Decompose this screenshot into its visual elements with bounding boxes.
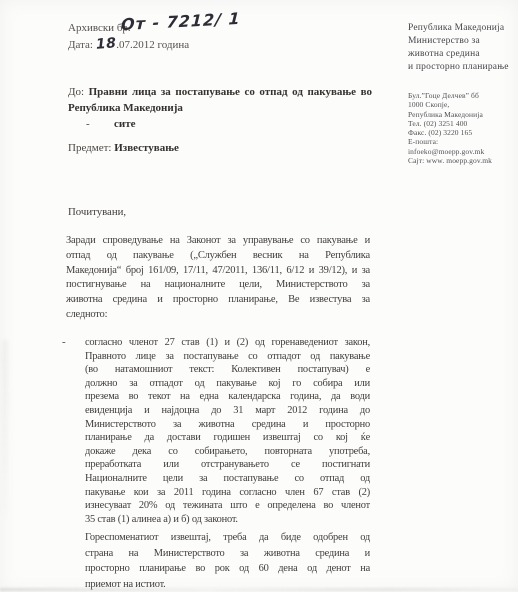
intro-line: постигнување на националните цели, Минис… <box>66 278 370 293</box>
intro-line: Заради спроведување на Законот за управу… <box>66 234 370 249</box>
handwritten-archive-number: От - 7212/ 1 <box>121 9 242 34</box>
bullet-line: докаже дека со собирањето, повторната уп… <box>85 445 370 459</box>
salutation: Почитувани, <box>68 206 126 218</box>
bullet-line: (во натамошниот текст: Колективен постап… <box>85 363 370 377</box>
subject-label: Предмет: <box>68 142 111 154</box>
ministry-address-block: Бул.”Гоце Делчев” бб1000 Скопје,Републик… <box>408 91 512 165</box>
bullet-line: презема во текот на една календарска год… <box>85 390 370 404</box>
intro-line: отпад од пакување („Службен весник на Ре… <box>66 249 370 264</box>
intro-paragraph: Заради спроведување на Законот за управу… <box>66 234 370 323</box>
subject-value: Известување <box>114 142 179 154</box>
ministry-address-line: Република Македонија <box>408 110 512 119</box>
bullet-line: пакување кои за 2011 година согласно чле… <box>85 486 370 500</box>
scan-smudge <box>2 340 8 520</box>
subject-line: Предмет: Известување <box>68 142 179 154</box>
bullet-paragraph-2: Гореспоменатиот извештај, треба да биде … <box>85 530 370 592</box>
bullet-line: страна на Министерството за животна сред… <box>85 546 370 562</box>
bullet-line: Националните цели за постапување со отпа… <box>85 472 370 486</box>
to-label: До: <box>68 86 84 98</box>
ministry-name-block: Република МакедонијаМинистерство заживот… <box>408 22 512 74</box>
bullet-paragraph-1: согласно членот 27 став (1) и (2) од гор… <box>85 336 370 526</box>
recipient-line-1: До: Правни лица за постапување со отпад … <box>68 84 372 100</box>
handwritten-day: 18 <box>95 35 117 52</box>
bullet-line: Министерството за животна средина и прос… <box>85 418 370 432</box>
bullet-dash-marker: - <box>62 336 66 348</box>
ministry-address-line: Тел. (02) 3251 400 <box>408 119 512 128</box>
ministry-address-line: 1000 Скопје, <box>408 100 512 109</box>
recipient-line-3: -сите <box>68 116 372 132</box>
bullet-line: планирање да достави годишен извештај со… <box>85 431 370 445</box>
ministry-address-line: Факс. (02) 3220 165 <box>408 128 512 137</box>
bullet-body: согласно членот 27 став (1) и (2) од гор… <box>85 336 370 592</box>
date-line: Дата: 18.07.2012 година <box>68 36 189 53</box>
intro-line: животна средина и просторно планирање, В… <box>66 293 370 308</box>
ministry-name-line: Република Македонија <box>408 22 512 35</box>
dash-marker: - <box>86 116 114 132</box>
bullet-line: Правното лице за постапување со отпадот … <box>85 350 370 364</box>
date-label: Дата: <box>68 39 93 51</box>
bullet-line: изнесуваат 20% од тежината што е определ… <box>85 499 370 513</box>
ministry-letterhead: Република МакедонијаМинистерство заживот… <box>408 22 512 165</box>
bullet-line: 35 став (1) алинеа а) и б) од законот. <box>85 513 370 527</box>
scan-bottom-edge <box>0 588 518 591</box>
date-rest: .07.2012 година <box>116 39 189 51</box>
bullet-line: преработката или отстранувањето се пости… <box>85 458 370 472</box>
ministry-address-line: Бул.”Гоце Делчев” бб <box>408 91 512 100</box>
recipient-line-2: Република Македонија <box>68 100 372 116</box>
ministry-address-line: Сајт: www. moepp.gov.mk <box>408 156 512 165</box>
bullet-line: согласно членот 27 став (1) и (2) од гор… <box>85 336 370 350</box>
bullet-line: должно за отпадот од пакување кој го соб… <box>85 377 370 391</box>
recipient-block: До: Правни лица за постапување со отпад … <box>68 84 372 132</box>
ministry-name-line: и просторно планирање <box>408 61 512 74</box>
ministry-name-line: Министерство за <box>408 35 512 48</box>
ministry-address-line: Е-пошта: infoeko@moepp.gov.mk <box>408 137 512 156</box>
intro-line: Македонија“ број 161/09, 17/11, 47/2011,… <box>66 264 370 279</box>
bullet-line: Гореспоменатиот извештај, треба да биде … <box>85 530 370 546</box>
bullet-line: евиденција и најдоцна до 31 март 2012 го… <box>85 404 370 418</box>
bullet-line: просторно планирање во рок од 60 дена од… <box>85 561 370 577</box>
intro-line: следното: <box>66 308 370 323</box>
recipient-text: Правни лица за постапување со отпад од п… <box>89 86 372 98</box>
scanned-letter-page: Архивски бр. Дата: 18.07.2012 година От … <box>0 0 518 592</box>
ministry-name-line: животна средина <box>408 48 512 61</box>
bullet-item: - согласно членот 27 став (1) и (2) од г… <box>62 336 370 592</box>
recipient-all-label: сите <box>114 118 136 130</box>
